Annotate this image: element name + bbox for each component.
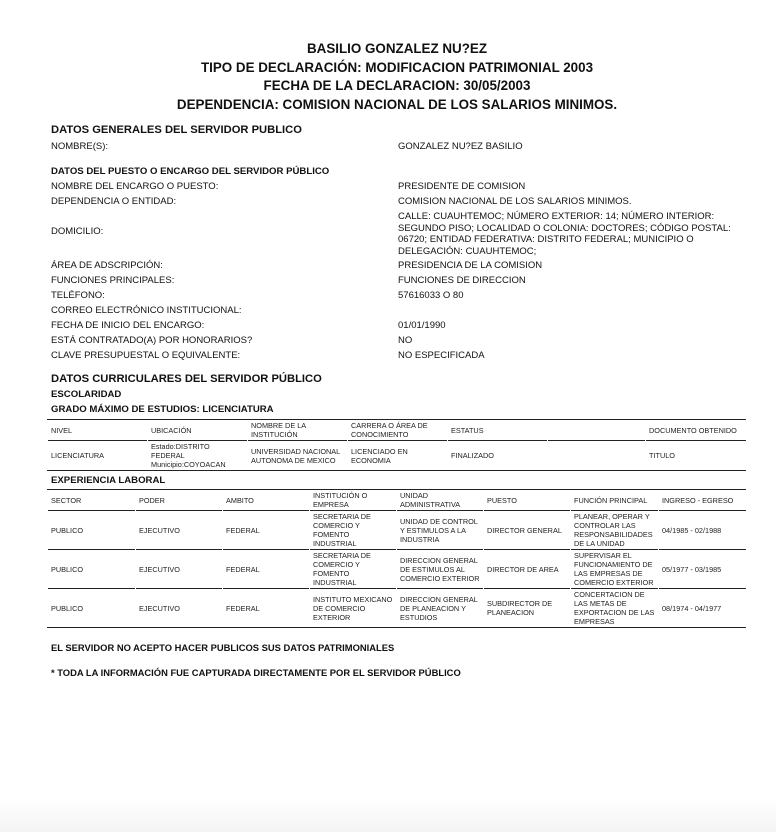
field-label: CLAVE PRESUPUESTAL O EQUIVALENTE: [51, 350, 240, 362]
column-header: NIVEL [48, 420, 148, 441]
table-cell: 08/1974 - 04/1977 [659, 589, 746, 628]
table-row: LICENCIATURAEstado:DISTRITO FEDERAL Muni… [48, 441, 746, 471]
column-header: PODER [136, 490, 223, 511]
table-header-row: NIVELUBICACIÓNNOMBRE DE LA INSTITUCIÓNCA… [48, 420, 746, 441]
table-cell: FINALIZADO [448, 441, 548, 471]
column-header: UNIDAD ADMINISTRATIVA [397, 490, 484, 511]
column-header: DOCUMENTO OBTENIDO [646, 420, 746, 441]
field-value: FUNCIONES DE DIRECCION [398, 275, 743, 287]
table-cell: SECRETARIA DE COMERCIO Y FOMENTO INDUSTR… [310, 511, 397, 550]
table-cell: DIRECCION GENERAL DE PLANEACION Y ESTUDI… [397, 589, 484, 628]
field-value: GONZALEZ NU?EZ BASILIO [398, 141, 743, 153]
field-value: NO ESPECIFICADA [398, 350, 743, 362]
table-cell: 05/1977 - 03/1985 [659, 550, 746, 589]
table-header-row: SECTORPODERAMBITOINSTITUCIÓN O EMPRESAUN… [48, 490, 746, 511]
field-label: FUNCIONES PRINCIPALES: [51, 275, 174, 287]
table-cell [548, 441, 646, 471]
column-header: ESTATUS [448, 420, 548, 441]
column-header: FUNCIÓN PRINCIPAL [571, 490, 659, 511]
field-label: NOMBRE DEL ENCARGO O PUESTO: [51, 181, 218, 193]
column-header: UBICACIÓN [148, 420, 248, 441]
table-cell: EJECUTIVO [136, 589, 223, 628]
table-cell: LICENCIADO EN ECONOMIA [348, 441, 448, 471]
table-cell: SUPERVISAR EL FUNCIONAMIENTO DE LAS EMPR… [571, 550, 659, 589]
patrimonial-note: EL SERVIDOR NO ACEPTO HACER PUBLICOS SUS… [51, 642, 394, 653]
section-general-title: DATOS GENERALES DEL SERVIDOR PUBLICO [51, 124, 302, 136]
table-cell: PUBLICO [48, 511, 136, 550]
table-cell: DIRECTOR GENERAL [484, 511, 571, 550]
field-label: DEPENDENCIA O ENTIDAD: [51, 196, 176, 208]
table-cell: INSTITUTO MEXICANO DE COMERCIO EXTERIOR [310, 589, 397, 628]
table-row: PUBLICOEJECUTIVOFEDERALSECRETARIA DE COM… [48, 550, 746, 589]
field-label: TELÉFONO: [51, 290, 105, 302]
table-row: PUBLICOEJECUTIVOFEDERALSECRETARIA DE COM… [48, 511, 746, 550]
column-header: PUESTO [484, 490, 571, 511]
table-cell: Estado:DISTRITO FEDERAL Municipio:COYOAC… [148, 441, 248, 471]
column-header: INGRESO - EGRESO [659, 490, 746, 511]
table-cell: FEDERAL [223, 589, 310, 628]
field-value: PRESIDENTE DE COMISION [398, 181, 743, 193]
column-header: SECTOR [48, 490, 136, 511]
declarant-name: BASILIO GONZALEZ NU?EZ [0, 40, 776, 59]
column-header: NOMBRE DE LA INSTITUCIÓN [248, 420, 348, 441]
table-cell: CONCERTACION DE LAS METAS DE EXPORTACION… [571, 589, 659, 628]
table-cell: SUBDIRECTOR DE PLANEACION [484, 589, 571, 628]
field-value: 57616033 O 80 [398, 290, 743, 302]
column-header: AMBITO [223, 490, 310, 511]
table-cell: UNIDAD DE CONTROL Y ESTIMULOS A LA INDUS… [397, 511, 484, 550]
table-cell: PUBLICO [48, 550, 136, 589]
table-row: PUBLICOEJECUTIVOFEDERALINSTITUTO MEXICAN… [48, 589, 746, 628]
table-cell: DIRECCION GENERAL DE ESTIMULOS AL COMERC… [397, 550, 484, 589]
column-header [548, 420, 646, 441]
field-label: CORREO ELECTRÓNICO INSTITUCIONAL: [51, 305, 242, 317]
section-curricular-title: DATOS CURRICULARES DEL SERVIDOR PÚBLICO [51, 373, 322, 385]
table-cell: DIRECTOR DE AREA [484, 550, 571, 589]
field-value: CALLE: CUAUHTEMOC; NÚMERO EXTERIOR: 14; … [398, 211, 743, 257]
document-header: BASILIO GONZALEZ NU?EZ TIPO DE DECLARACI… [0, 40, 776, 114]
field-label: ESTÁ CONTRATADO(A) POR HONORARIOS? [51, 335, 252, 347]
table-cell: FEDERAL [223, 511, 310, 550]
declaration-type: TIPO DE DECLARACIÓN: MODIFICACION PATRIM… [0, 59, 776, 78]
table-cell: LICENCIATURA [48, 441, 148, 471]
column-header: INSTITUCIÓN O EMPRESA [310, 490, 397, 511]
experience-title: EXPERIENCIA LABORAL [51, 475, 165, 486]
table-cell: PLANEAR, OPERAR Y CONTROLAR LAS RESPONSA… [571, 511, 659, 550]
column-header: CARRERA O ÁREA DE CONOCIMIENTO [348, 420, 448, 441]
section-position-title: DATOS DEL PUESTO O ENCARGO DEL SERVIDOR … [51, 166, 329, 177]
declaration-date: FECHA DE LA DECLARACION: 30/05/2003 [0, 77, 776, 96]
table-cell: EJECUTIVO [136, 550, 223, 589]
max-degree: GRADO MÁXIMO DE ESTUDIOS: LICENCIATURA [51, 404, 274, 415]
experience-table: SECTORPODERAMBITOINSTITUCIÓN O EMPRESAUN… [47, 489, 746, 628]
field-label: NOMBRE(S): [51, 141, 108, 153]
field-value: 01/01/1990 [398, 320, 743, 332]
table-cell: FEDERAL [223, 550, 310, 589]
field-value: NO [398, 335, 743, 347]
table-cell: UNIVERSIDAD NACIONAL AUTONOMA DE MEXICO [248, 441, 348, 471]
field-value: PRESIDENCIA DE LA COMISION [398, 260, 743, 272]
agency: DEPENDENCIA: COMISION NACIONAL DE LOS SA… [0, 96, 776, 115]
table-cell: 04/1985 - 02/1988 [659, 511, 746, 550]
disclaimer-note: * TODA LA INFORMACIÓN FUE CAPTURADA DIRE… [51, 667, 461, 678]
field-value: COMISION NACIONAL DE LOS SALARIOS MINIMO… [398, 196, 743, 208]
table-cell: SECRETARIA DE COMERCIO Y FOMENTO INDUSTR… [310, 550, 397, 589]
table-cell: PUBLICO [48, 589, 136, 628]
field-label: FECHA DE INICIO DEL ENCARGO: [51, 320, 204, 332]
table-cell: TITULO [646, 441, 746, 471]
field-label: ÁREA DE ADSCRIPCIÓN: [51, 260, 163, 272]
table-cell: EJECUTIVO [136, 511, 223, 550]
education-table: NIVELUBICACIÓNNOMBRE DE LA INSTITUCIÓNCA… [47, 419, 746, 471]
schooling-title: ESCOLARIDAD [51, 389, 121, 400]
field-label: DOMICILIO: [51, 226, 103, 238]
